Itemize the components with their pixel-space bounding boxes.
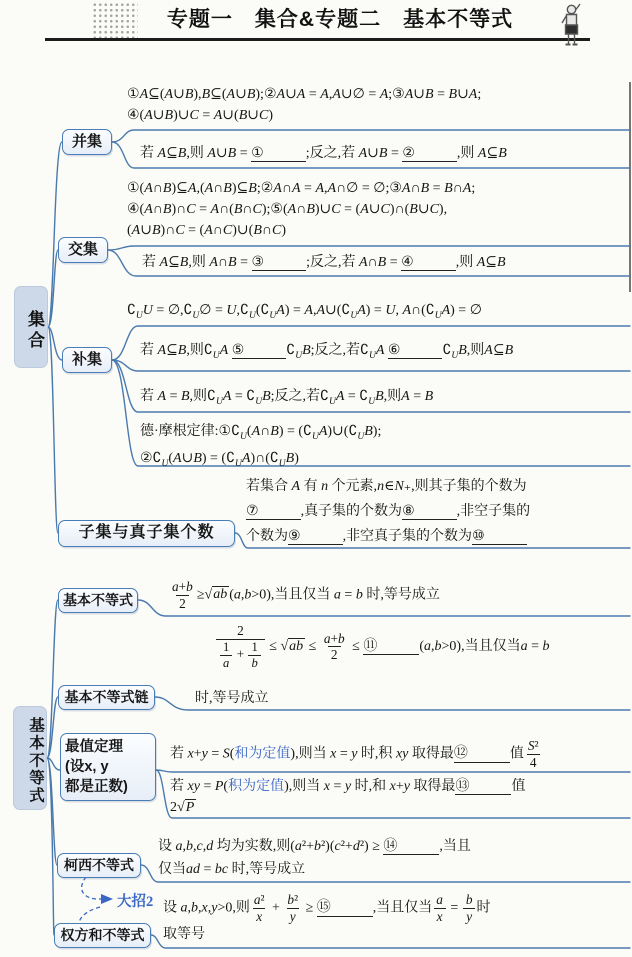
intersection-properties-text: ①(A∩B)⊆A,(A∩B)⊆B;②A∩A = A,A∩∅ = ∅;③A∩B =… bbox=[127, 178, 630, 241]
power-sum-inequality-text: 设 a,b,x,y>0,则a²x + b²y ≥ ⑮,当且仅当ax = by时取… bbox=[163, 892, 630, 946]
complement-rule2-text: 若 A = B,则∁UA = ∁UB;反之,若∁UA = ∁UB,则A = B bbox=[140, 386, 630, 413]
union-rule-text: 若 A⊆B,则 A∪B = ①;反之,若 A∪B = ②,则 A⊆B bbox=[140, 143, 630, 165]
intersection-rule-text: 若 A⊆B,则 A∩B = ③;反之,若 A∩B = ④,则 A⊆B bbox=[142, 252, 630, 274]
cauchy-inequality-text: 设 a,b,c,d 均为实数,则(a²+b²)(c²+d²) ≥ ⑭,当且仅当a… bbox=[158, 835, 630, 881]
node-subset-count: 子集与真子集个数 bbox=[58, 520, 235, 547]
demorgan-law-text: 德·摩根定律:①∁U(A∩B) = (∁UA)∪(∁UB);②∁U(A∪B) =… bbox=[140, 421, 630, 475]
node-intersection: 交集 bbox=[58, 237, 108, 263]
halftone-dots-decoration bbox=[92, 2, 138, 38]
union-properties-text: ①A⊆(A∪B),B⊆(A∪B);②A∪A = A,A∪∅ = A;③A∪B =… bbox=[127, 84, 630, 126]
page-title: 专题一 集合&专题二 基本不等式 bbox=[140, 3, 540, 33]
node-union: 并集 bbox=[62, 129, 112, 155]
complement-properties-text: ∁UU = ∅,∁U∅ = U,∁U(∁UA) = A,A∪(∁UA) = U,… bbox=[127, 300, 630, 327]
tip-arrowhead-icon bbox=[101, 894, 113, 904]
tip-arrow-icon bbox=[79, 877, 101, 923]
header-divider bbox=[45, 38, 590, 41]
node-power-sum-inequality: 权方和不等式 bbox=[54, 923, 151, 948]
tip-label: 大招2 bbox=[117, 890, 153, 911]
node-complement: 补集 bbox=[62, 347, 112, 373]
node-inequality-chain: 基本不等式链 bbox=[58, 685, 155, 710]
inequality-chain-formula: 21a + 1b ≤ √ab ≤ a+b2 ≤ ⑪(a,b>0),当且仅当a =… bbox=[215, 623, 630, 671]
student-figure-illustration bbox=[550, 1, 594, 49]
node-extreme-value-theorem: 最值定理 (设x, y 都是正数) bbox=[60, 733, 156, 801]
root-node-basic-inequality: 基本不等式 bbox=[13, 706, 47, 810]
inequality-chain-tail: 时,等号成立 bbox=[195, 688, 395, 710]
extreme-sum-row-text: 若 x+y = S(和为定值),则当 x = y 时,积 xy 取得最⑫值S²4 bbox=[170, 738, 630, 770]
basic-inequality-text: a+b2≥√ab(a,b>0),当且仅当 a = b 时,等号成立 bbox=[168, 579, 630, 611]
extreme-product-row-text: 若 xy = P(积为定值),则当 x = y 时,和 x+y 取得最⑬值2√P bbox=[170, 776, 630, 818]
page: 专题一 集合&专题二 基本不等式 bbox=[0, 0, 632, 957]
node-cauchy-inequality: 柯西不等式 bbox=[57, 853, 141, 878]
subset-count-text: 若集合 A 有 n 个元素,n∈N₊,则其子集的个数为⑦,真子集的个数为⑧,非空… bbox=[246, 474, 630, 549]
root-node-sets: 集合 bbox=[14, 286, 48, 368]
complement-rule1-text: 若 A⊆B,则∁UA ⑤∁UB;反之,若∁UA ⑥∁UB,则A⊆B bbox=[140, 340, 630, 367]
node-basic-inequality: 基本不等式 bbox=[58, 588, 138, 613]
